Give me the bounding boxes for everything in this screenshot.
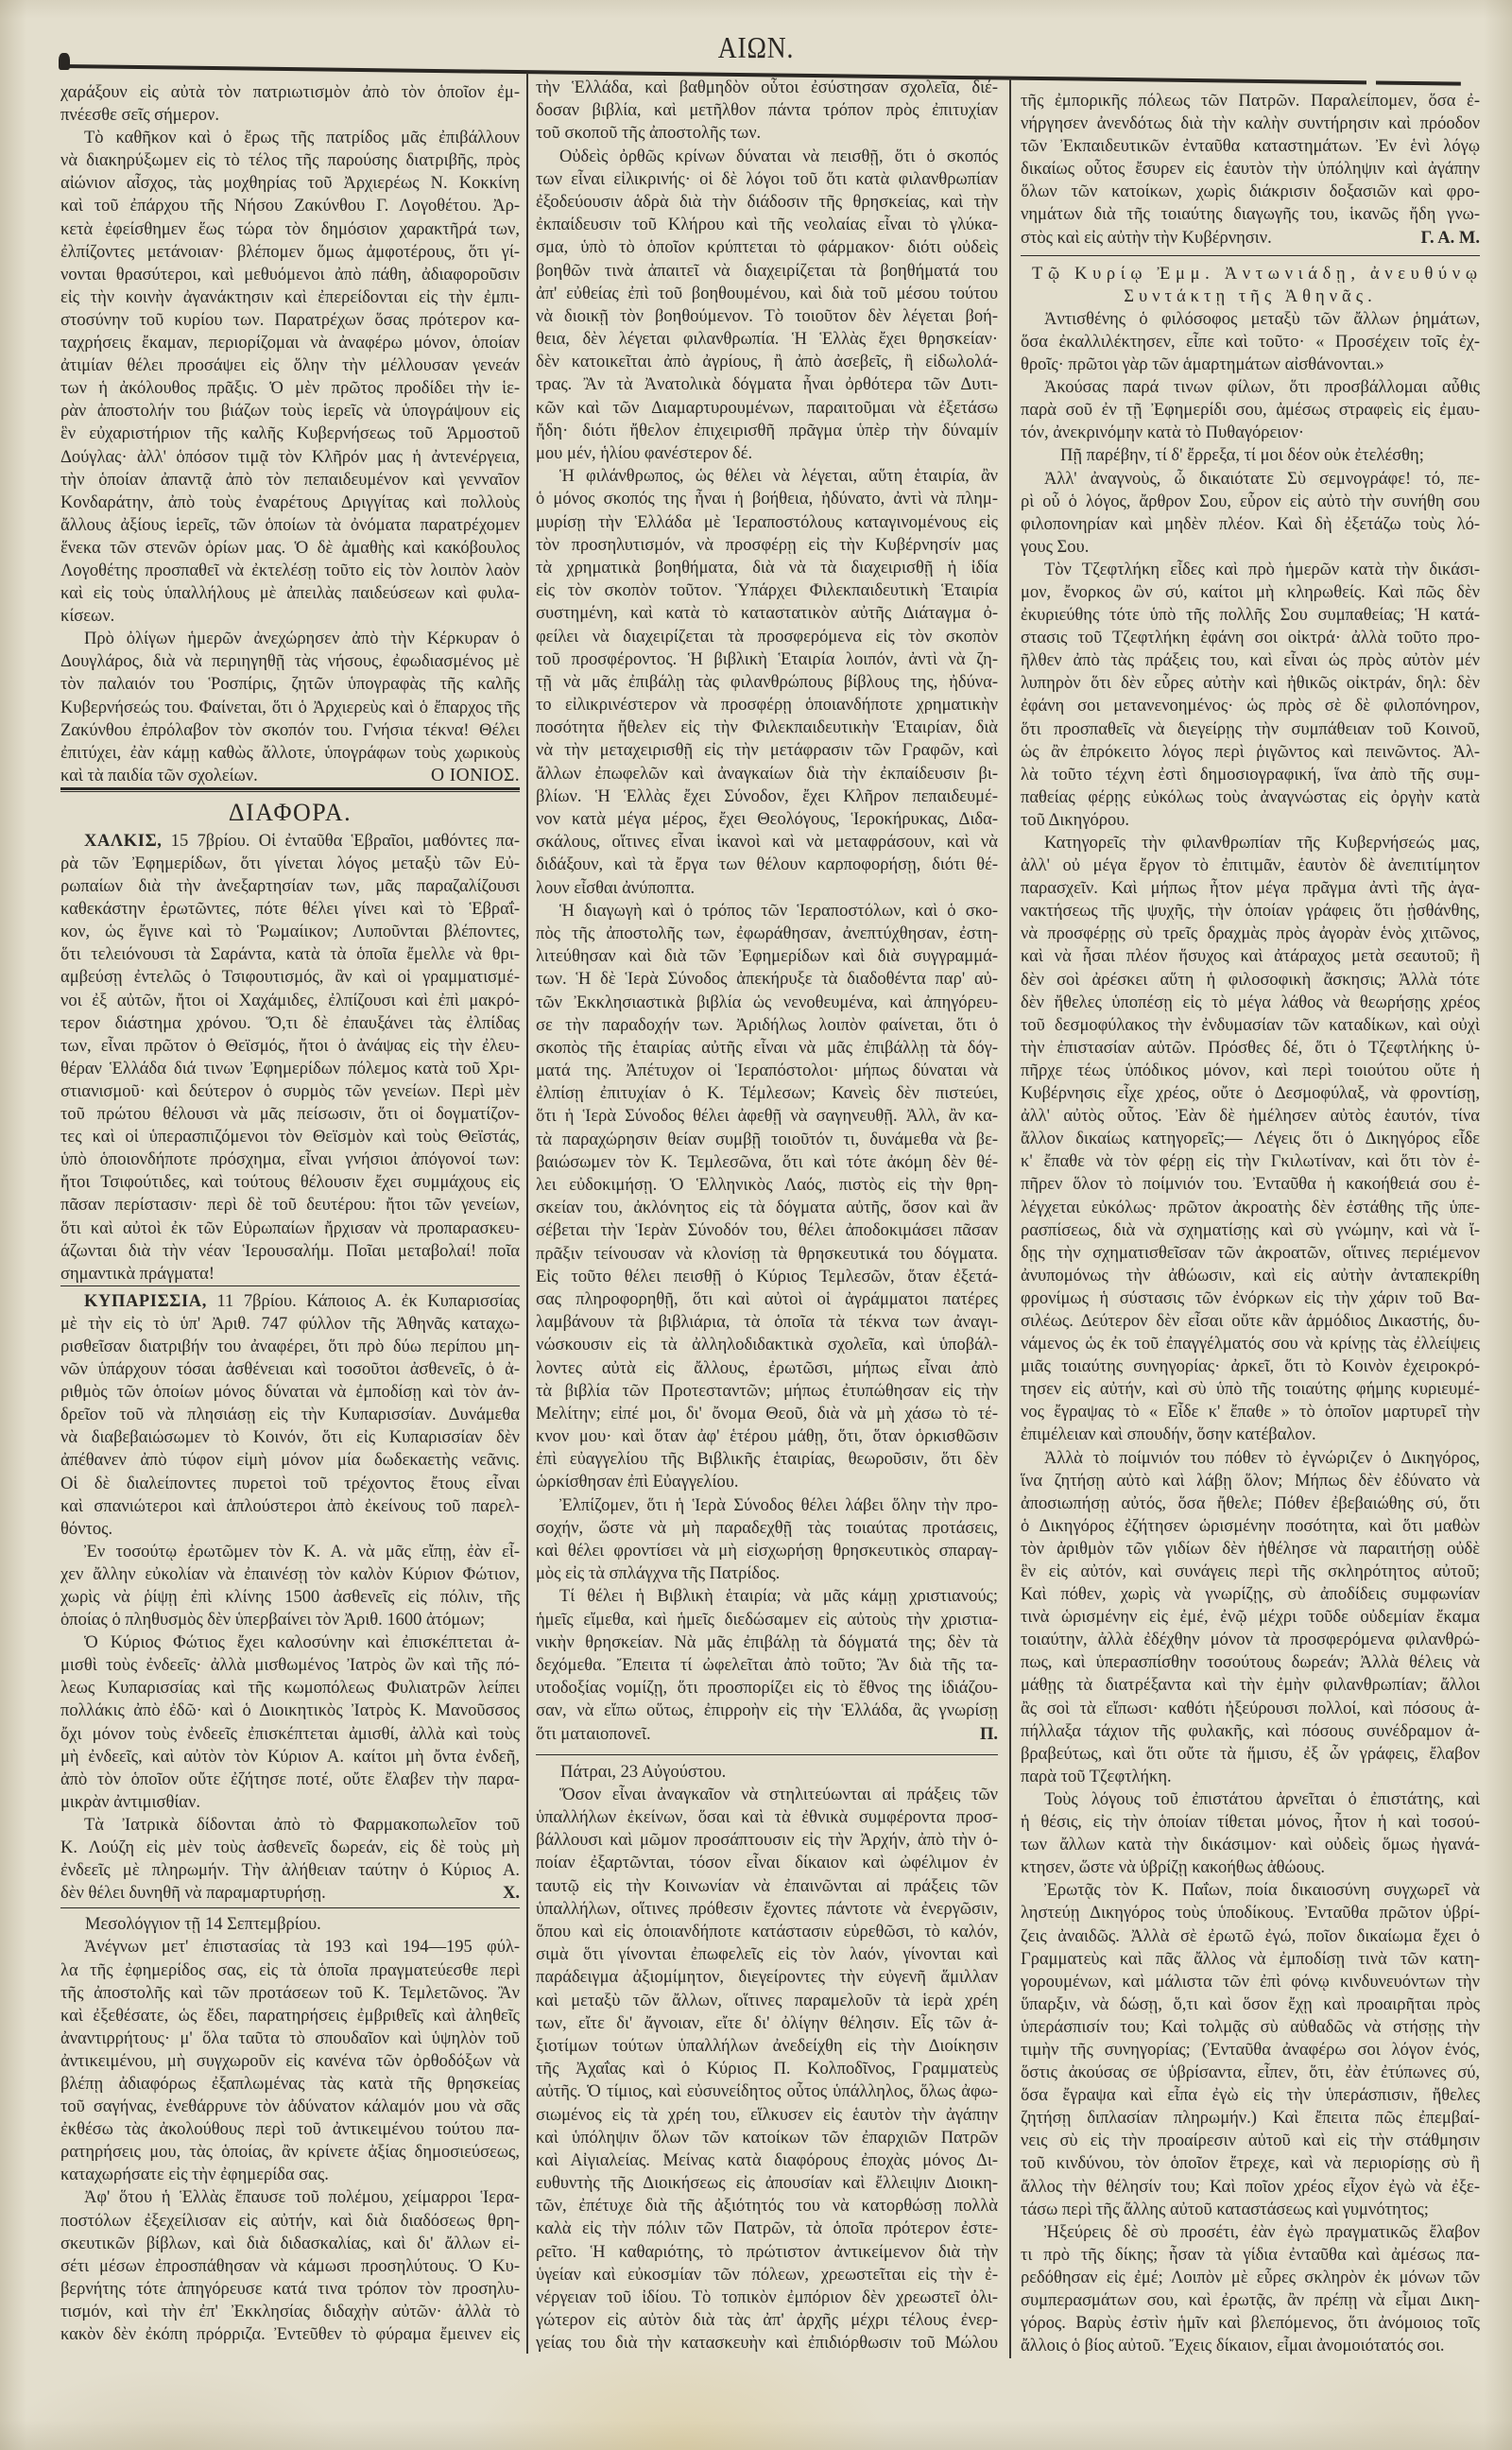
line-text: ὄχι μόνον τοὺς ἐνδεεῖς ἐπισκέπτεται ἀμισ… <box>60 1723 520 1746</box>
text-line: συστημένη, καὶ κατὰ τὸ καταστατικὸν αὐτῆ… <box>536 602 998 625</box>
text-line: Ἐλπίζομεν, ὅτι ἡ Ἱερὰ Σύνοδος θέλει λάβε… <box>536 1494 998 1517</box>
line-text: στιανισμοῦ· καὶ δεύτερον ὁ συρμὸς τῶν γε… <box>60 1080 520 1103</box>
line-text: τὴν Ἑλλάδα, καὶ βαθμηδὸν οὗτοι ἐσύστησαν… <box>536 77 998 99</box>
double-divider <box>60 787 520 794</box>
text-line: Εἰς τοῦτο θέλει πεισθῇ ὁ Κύριος Τεμλεσῶν… <box>536 1266 998 1288</box>
text-line: τοῦ Δικηγόρου. <box>1021 809 1480 832</box>
line-text: Εἰς τοῦτο θέλει πεισθῇ ὁ Κύριος Τεμλεσῶν… <box>536 1266 998 1288</box>
line-text: κακὸν δὲν ἐκόπη πρόρριζα. Ἐντεῦθεν τὸ φύ… <box>60 2323 520 2346</box>
line-text: σκοπὸς τῆς ἑταιρίας αὐτῆς εἶναι νὰ μᾶς ἐ… <box>536 1037 998 1060</box>
line-text: εἰς τὸν σκοπὸν τοῦτον. Ὑπάρχει Φιλεκπαιδ… <box>536 579 998 602</box>
text-line: ἵνα ζητήσῃ αὐτὸ καὶ λάβῃ ὅλον; Μήπως δὲν… <box>1021 1470 1480 1492</box>
text-line: βλέπῃ ἀδιαφόρως ἐξαπλωμένας τὰς κατὰ τῆς… <box>60 2073 520 2096</box>
text-line: ἄλλον δικαίως κατηγορεῖς;— Λέγεις ὅτι ὁ … <box>1021 1128 1480 1150</box>
text-line: ἤτοι Τσιφούτιδες, καὶ τούτους θέλουσιν ἔ… <box>60 1171 520 1194</box>
article-paragraph: Ἐλπίζομεν, ὅτι ἡ Ἱερὰ Σύνοδος θέλει λάβε… <box>536 1494 998 1586</box>
line-text: ἂς σοὶ τὰ εἴπωσι· καθότι ἠξεύρουσι πολλο… <box>1021 1698 1480 1720</box>
text-line: μυρίσῃ τὴν Ἑλλάδα μὲ Ἱεραποστόλους καταγ… <box>536 511 998 534</box>
text-line: ἐλπίσῃ ἐπιτυχίαν ὁ Κ. Τέμλεσων; Κανεὶς δ… <box>536 1082 998 1105</box>
line-text: τοιαύτην, ἀλλὰ ἐδέχθην μόνον τὰ προσφερό… <box>1021 1629 1480 1651</box>
line-text: τινὰ ὡρισμένην εἰς ἐμέ, ἐνῷ μέχρι τοῦδε … <box>1021 1606 1480 1629</box>
author-signature: Χ. <box>503 1882 520 1905</box>
text-line: κον, ὡς ἔγινε καὶ τὸ Ῥωμαίικον; Λυποῦντα… <box>60 921 520 943</box>
article-paragraph: Τὰ Ἰατρικὰ δίδονται ἀπὸ τὸ Φαρμακοπωλεῖο… <box>60 1814 520 1905</box>
line-text: το εἰλικρινέστερον νὰ προσφέρῃ ὁποιανδήπ… <box>536 694 998 716</box>
line-text: ταχρήσεις ἔκαμαν, περιορίζομαι νὰ ἀναφέρ… <box>60 332 520 354</box>
line-text: λαμβάνουν τὰ βιβλιάρια, τὰ ὁποῖα τὰ τέκν… <box>536 1311 998 1334</box>
text-line: θεια, δὲν λέγεται φιλανθρωπία. Ἡ Ἑλλὰς ἔ… <box>536 328 998 351</box>
text-line: ποστόλων ἐξεχείλισαν εἰς αὐτήν, καὶ διὰ … <box>60 2210 520 2233</box>
line-text: ποίαν ἐξαρτῶνται, τόσον εἶναι δίκαιον κα… <box>536 1852 998 1874</box>
line-text: υτοδοξίας νομίζῃ, ὅτι προσπορίζει εἰς τὸ… <box>536 1677 998 1699</box>
article-paragraph: τῆς ἐμπορικῆς πόλεως τῶν Πατρῶν. Παραλεί… <box>1021 90 1480 250</box>
text-line: γείας του διὰ τὴν κατασκευὴν καὶ ἐπιδιόρ… <box>536 2332 998 2355</box>
text-line: ἀναντιρρήτους· μ' ὅλα ταῦτα τὸ σπουδαῖον… <box>60 2027 520 2050</box>
line-text: νήργησεν ἀνενδότως διὰ τὴν καλὴν συντήρη… <box>1021 112 1480 135</box>
line-text: λει εὐδοκιμήσῃ. Ὁ Ἑλληνικὸς Λαός, πιστὸς… <box>536 1174 998 1197</box>
text-line: δικαίως οὗτος ἔσυρεν εἰς ἑαυτὸν τὴν ὑπόλ… <box>1021 158 1480 181</box>
line-text: Τὰ Ἰατρικὰ δίδονται ἀπὸ τὸ Φαρμακοπωλεῖο… <box>84 1814 520 1837</box>
line-text: τὸν παλαιόν του Ῥοσπίρις, ζητῶν ὑπογραφὰ… <box>60 673 520 696</box>
text-line: νὰ προσφέρῃς σὺ τρεῖς δραχμὰς πρὸς ἀγορὰ… <box>1021 923 1480 945</box>
dateline-text: Μεσολόγγιον τῇ 14 Σεπτεμβρίου. <box>85 1913 321 1936</box>
text-line: σκευτικῶν βίβλων, καὶ διὰ διδασκαλίας, κ… <box>60 2233 520 2255</box>
text-line: των εἶναι εἰλικρινής· οἱ δὲ λόγοι τοῦ ὅτ… <box>536 168 998 191</box>
text-line: νήργησεν ἀνενδότως διὰ τὴν καλὴν συντήρη… <box>1021 112 1480 135</box>
line-text: ἀνυπομόνως τὴν ἀθώωσιν, καὶ εἰς αὐτὴν ἀν… <box>1021 1265 1480 1287</box>
line-text: πῆρεν ὅλον τὸ ποίμνιόν του. Ἐνταῦθα ἡ κα… <box>1021 1173 1480 1196</box>
text-line: Κατηγορεῖς τὴν φιλανθρωπίαν τῆς Κυβερνήσ… <box>1021 832 1480 854</box>
text-line: δεχόμεθα. Ἔπειτα τί ὠφελεῖται ἀπὸ τοῦτο;… <box>536 1654 998 1677</box>
line-text: μισθὶ τοὺς ἐνδεεῖς· ἀλλὰ μισθωμένος Ἰατρ… <box>60 1654 520 1677</box>
line-text: Γραμματεὺς καὶ πᾶς ἄλλος νὰ ἐμποδίσῃ τιν… <box>1021 1948 1480 1971</box>
line-text: Κυβερνήσεώς του. Φαίνεται, ὅτι ὁ Ἀρχιερε… <box>60 697 520 719</box>
text-line: καὶ νὰ ἦσαι πλέον ἥσυχος καὶ ἀτάραχος με… <box>1021 945 1480 968</box>
line-text: ὑπαλλήλων ἐκείνων, ὅσαι καὶ τὰ ἐθνικὰ συ… <box>536 1806 998 1829</box>
text-line: τόν, ἀνεκρινόμην κατὰ τὸ Πυθαγόρειον· <box>1021 422 1480 444</box>
line-text: σαν, νὰ εἴπω οὕτως, ἐπιρροὴν εἰς τὴν Ἑλλ… <box>536 1699 998 1722</box>
line-text: ὅτι προσπαθεῖς νὰ διεγείρῃς τὴν συμπάθει… <box>1021 718 1480 741</box>
line-text: μου μέν, ἡλίου φανέστερον δέ. <box>536 442 752 465</box>
text-line: δὲν σοὶ ἀρέσκει αὕτη ἡ φιλοσοφικὴ ἄσκησι… <box>1021 969 1480 992</box>
line-text: καὶ τοῦ ἐπάρχου τῆς Νήσου Ζακύνθου Γ. Λο… <box>60 195 520 217</box>
line-text: αὐτῆς. Ὁ τίμιος, καὶ εὐσυνείδητος οὗτος … <box>536 2080 998 2103</box>
text-line: στασις τοῦ Τζεφτλήκη ἐφάνη σοι οἰκτρά· ἀ… <box>1021 627 1480 649</box>
line-text: ὑπαλλήλων, οἵτινες πρόθεσιν ἔχοντες πάντ… <box>536 1898 998 1921</box>
line-text: παρὰ τοῦ Τζεφτλήκη. <box>1021 1766 1172 1788</box>
line-text: φείλει νὰ διαχειρίζεται τὰ προσφερόμενα … <box>536 626 998 648</box>
text-line: των, εἶναι πρῶτον ὁ Θεϊσμός, ἤτοι ὁ ἀνάψ… <box>60 1035 520 1058</box>
text-line: λουν εἶσθαι ἀνύποπτα. <box>536 877 998 900</box>
text-line: ρασπίσεως, διὰ νὰ σχηματίσῃς καὶ σὺ γνώμ… <box>1021 1219 1480 1242</box>
line-body: 11 7βρίου. Κάποιος Α. ἐκ Κυπαρισσίας <box>207 1292 520 1311</box>
text-line: Ἀλλ' ἀναγνοὺς, ὦ δικαιότατε Σὺ σεμνογράφ… <box>1021 468 1480 491</box>
section-heading: ΔΙΑΦΟΡΑ. <box>60 794 520 830</box>
text-line: ταχρήσεις ἔκαμαν, περιορίζομαι νὰ ἀναφέρ… <box>60 332 520 354</box>
article-paragraph: Ἀνέγνων μετ' ἐπιστασίας τὰ 193 καὶ 194—1… <box>60 1936 520 2186</box>
line-text: συστημένη, καὶ κατὰ τὸ καταστατικὸν αὐτῆ… <box>536 602 998 625</box>
line-text: νέργειαν τοῦ ἰδίου. Τὸ τοπικὸν ἐμπόριον … <box>536 2286 998 2309</box>
line-text: Ἀντισθένης ὁ φιλόσοφος μεταξὺ τῶν ἄλλων … <box>1044 308 1480 331</box>
line-text: Πῇ παρέβην, τί δ' ἔρρεξα, τί μοι δέον οὐ… <box>1060 444 1424 467</box>
line-text: Κ. Λούζη εἰς μὲν τοὺς ἀσθενεῖς δωρεάν, ε… <box>60 1837 520 1859</box>
text-line: ἀπέθανεν ἀπὸ τύφον εἰμὴ μόνον μία δωδεκα… <box>60 1449 520 1472</box>
line-text: σιμὰ ὅτι γίνονται ἐπωφελεῖς εἰς τὸν λαόν… <box>536 1943 998 1966</box>
line-text: Καὶ πόθεν, χωρὶς νὰ γνωρίζῃς, σὺ ἀποδίδε… <box>1021 1583 1480 1606</box>
line-text: ΧΑΛΚΙΣ, 15 7βρίου. Οἱ ἐνταῦθα Ἑβραῖοι, μ… <box>84 830 520 853</box>
article-paragraph: Ὁ Κύριος Φώτιος ἔχει καλοσύνην καὶ ἐπισκ… <box>60 1631 520 1814</box>
text-line: παθείας φέρῃς εὐκόλως τοὺς ἀναγνώστας εἰ… <box>1021 786 1480 809</box>
author-signature: Π. <box>980 1723 998 1746</box>
line-text: ὕπαρξιν, νὰ δώσῃ, ὅ,τι καὶ ὅσον ἔχῃ καὶ … <box>1021 1993 1480 2016</box>
text-line: ξιοτίμων τούτων ὑπαλλήλων ἀνεδείχθη εἰς … <box>536 2035 998 2058</box>
line-text: πρᾶξιν τείνουσαν νὰ κλονίσῃ τὰ θρησκευτι… <box>536 1243 998 1266</box>
text-line: βάλλουσι καὶ μῶμον προσάπτουσιν εἰς τὴν … <box>536 1829 998 1852</box>
line-text: τερον διάστημα χρόνου. Ὅ,τι δὲ ἐπαυξάνει… <box>60 1012 520 1035</box>
line-text: Ἐλπίζομεν, ὅτι ἡ Ἱερὰ Σύνοδος θέλει λάβε… <box>559 1494 998 1517</box>
line-text: μὴ ἐνδεεῖς, καὶ αὐτὸν τὸν Κύριον Α. καίτ… <box>60 1746 520 1768</box>
line-text: ἐνδεεῖς μὲ πληρωμήν. Τὴν ἀλήθειαν ταύτην… <box>60 1859 520 1882</box>
line-text: ἀτιμίαν θέλει προσάψει εἰς ὅλην τὴν μέλλ… <box>60 354 520 377</box>
line-text: καὶ τὰ παιδία τῶν σχολείων. <box>60 765 258 787</box>
text-line: ῆλθεν ἀπὸ τὰς πράξεις του, καὶ εἶναι ὡς … <box>1021 649 1480 672</box>
text-line: ὅστις ἀκούσας σε ὑβρίσαντα, εἶπεν, ὅτι, … <box>1021 2062 1480 2084</box>
text-line: ὑπὸ ὁποιονδήποτε πρόσχημα, εἶναι γνήσιοι… <box>60 1148 520 1171</box>
text-line: ἡμεῖς εἴμεθα, καὶ ἡμεῖς διεδώσαμεν εἰς α… <box>536 1609 998 1631</box>
article-paragraph: Ἀλλ' ἀναγνοὺς, ὦ δικαιότατε Σὺ σεμνογράφ… <box>1021 468 1480 559</box>
line-text: Ἀφ' ὅτου ἡ Ἑλλὰς ἔπαυσε τοῦ πολέμου, χεί… <box>84 2186 520 2209</box>
line-text: ἀντικειμένου, μὴ συγχωροῦν εἰς κανένα τῶ… <box>60 2050 520 2073</box>
line-text: δικαίως οὗτος ἔσυρεν εἰς ἑαυτὸν τὴν ὑπόλ… <box>1021 158 1480 181</box>
text-line: τῆς ἀποστολῆς καὶ τῶν προτάσεων τοῦ Κ. Τ… <box>60 1982 520 2005</box>
text-line: καὶ ὑπόληψιν ὅλων τῶν κατοίκων τῶν ἐπαρχ… <box>536 2127 998 2149</box>
line-text: Ἡ φιλάνθρωπος, ὡς θέλει νὰ λέγεται, αὕτη… <box>559 465 998 488</box>
line-text: Δουγλάρος, διὰ νὰ περιηγηθῇ τὰς νήσους, … <box>60 650 520 673</box>
text-line: εἰς τὴν κοινὴν ἀγανάκτησιν καὶ ἐπερείδον… <box>60 286 520 309</box>
line-text: ἕνεκα τῶν στενῶν ὁρίων μας. Ὁ δὲ ἀμαθὴς … <box>60 537 520 560</box>
article-paragraph: Πρὸ ὀλίγων ἡμερῶν ἀνεχώρησεν ἀπὸ τὴν Κέρ… <box>60 628 520 787</box>
text-line: σιλέως. Δεύτερον δὲν εἶσαι οὔτε κἂν ἁρμό… <box>1021 1310 1480 1333</box>
line-text: ὁ Δικηγόρος ἐζήτησεν ὡρισμένην ποσότητα,… <box>1021 1515 1480 1538</box>
line-text: ἓν εἰς αὐτόν, καὶ συνάγεις περὶ τῆς σκλη… <box>1021 1561 1480 1583</box>
line-text: βερνήτης τότε ἀπηγόρευσε κατά τινα τρόπο… <box>60 2278 520 2301</box>
text-line: ὑπαλλήλων ἐκείνων, ὅσαι καὶ τὰ ἐθνικὰ συ… <box>536 1806 998 1829</box>
line-text: ευθυντὴς τῆς Διοικήσεως εἰς ἀπουσίαν καὶ… <box>536 2172 998 2195</box>
text-line: λα τῆς ἐφημερίδος σας, εἰς τὰ ὁποῖα πραγ… <box>60 1959 520 1982</box>
dateline-lead: ΧΑΛΚΙΣ, <box>84 832 163 851</box>
line-text: μυρίσῃ τὴν Ἑλλάδα μὲ Ἱεραποστόλους καταγ… <box>536 511 998 534</box>
article-paragraph: Ἡ διαγωγὴ καὶ ὁ τρόπος τῶν Ἱεραποστόλων,… <box>536 900 998 1494</box>
line-text: γείας του διὰ τὴν κατασκευὴν καὶ ἐπιδιόρ… <box>536 2332 998 2355</box>
text-line: ληστεύῃ Δικηγόρος τοὺς ὑποδίκους. Ἐνταῦθ… <box>1021 1902 1480 1924</box>
line-text: καταχωρήσατε εἰς τὴν ἐφημερίδα σας. <box>60 2164 329 2186</box>
line-text: τοῦ σαγήνας, ἐνεθάρρυνε τὸν ἀδύνατον κάλ… <box>60 2096 520 2118</box>
line-text: σας πληροφορηθῇ, ὅτι καὶ αὐτοὶ οἱ ἀγράμμ… <box>536 1288 998 1311</box>
text-line: πολλάκις ἀπὸ ἐδῶ· καὶ ὁ Διοικητικὸς Ἰατρ… <box>60 1699 520 1722</box>
line-text: σιωμένος εἰς τὰ χρέη του, εἵλκυσεν εἰς ἑ… <box>536 2104 998 2127</box>
text-line: σκείαν του, ἀκλόνητος εἰς τὰ δόγματα αὐτ… <box>536 1197 998 1219</box>
text-line: τι πρὸ τῆς δίκης; ἦσαν τὰ γίδια ἐνταῦθα … <box>1021 2244 1480 2267</box>
text-line: γώτερον εἰς αὐτὸν διὰ τὰς ἀπ' ἀρχῆς μέχρ… <box>536 2309 998 2332</box>
line-text: πὸς τῆς ἀποστολῆς των, ἐφωράθησαν, ἀνεπτ… <box>536 923 998 945</box>
line-text: κ' ἔπαθε νὰ τὸν φέρῃ εἰς τὴν Γκιλωτίναν,… <box>1021 1150 1480 1173</box>
text-line: Οἱ δὲ διαλείποντες πυρετοὶ τοῦ τρέχοντος… <box>60 1473 520 1495</box>
text-line: σοχήν, ὥστε νὰ μὴ παραδεχθῇ τὰς τοιαύτας… <box>536 1517 998 1540</box>
text-line: νακτήσεως τῆς ψυχῆς, τὴν ὁποίαν γράφεις … <box>1021 900 1480 923</box>
line-text: μάθῃς τὰ διατρέξαντα καὶ τὴν ἐμὴν φιλανθ… <box>1021 1674 1480 1697</box>
text-line: κετὰ ἐφείσθημεν ἕως τώρα τὸν δημόσιον χα… <box>60 218 520 241</box>
line-text: βάλλουσι καὶ μῶμον προσάπτουσιν εἰς τὴν … <box>536 1829 998 1852</box>
text-line: Καὶ πόθεν, χωρὶς νὰ γνωρίζῃς, σὺ ἀποδίδε… <box>1021 1583 1480 1606</box>
line-text: παθείας φέρῃς εὐκόλως τοὺς ἀναγνώστας εἰ… <box>1021 786 1480 809</box>
text-line: χωρὶς νὰ ῥίψῃ ἐπὶ κλίνης 1500 ἀσθενεῖς ε… <box>60 1586 520 1609</box>
text-line: Οὐδεὶς ὀρθῶς κρίνων δύναται νὰ πεισθῇ, ὅ… <box>536 146 998 168</box>
dateline-text: Πάτραι, 23 Αὐγούστου. <box>560 1761 726 1784</box>
line-text: νακτήσεως τῆς ψυχῆς, τὴν ὁποίαν γράφεις … <box>1021 900 1480 923</box>
line-text: κετὰ ἐφείσθημεν ἕως τώρα τὸν δημόσιον χα… <box>60 218 520 241</box>
line-text: καὶ εἰς τοὺς ὑπαλλήλους μὲ ἀπειλὰς παιδε… <box>60 582 520 605</box>
line-text: χωρὶς νὰ ῥίψῃ ἐπὶ κλίνης 1500 ἀσθενεῖς ε… <box>60 1586 520 1609</box>
line-text: ὑγείαν καὶ εὐκοσμίαν τῶν πόλεων, χρεωστε… <box>536 2264 998 2286</box>
dateline: Μεσολόγγιον τῇ 14 Σεπτεμβρίου. <box>60 1913 520 1936</box>
text-line: κῶν καὶ τῶν Διαμαρτυρουμένων, παραιτοῦμα… <box>536 397 998 420</box>
line-text: Λογοθέτης προσπαθεῖ νὰ ἐκτελέσῃ τοῦτο εἰ… <box>60 560 520 582</box>
article-paragraph: τὴν Ἑλλάδα, καὶ βαθμηδὸν οὗτοι ἐσύστησαν… <box>536 77 998 146</box>
article-paragraph: Ἐν τοσούτῳ ἐρωτῶμεν τὸν Κ. Α. νὰ μᾶς εἴπ… <box>60 1541 520 1631</box>
line-text: Μελίτην; εἰπέ μοι, δι' ὄνομα Θεοῦ, διὰ ν… <box>536 1403 998 1425</box>
line-text: ξιοτίμων τούτων ὑπαλλήλων ἀνεδείχθη εἰς … <box>536 2035 998 2058</box>
text-line: σιμὰ ὅτι γίνονται ἐπωφελεῖς εἰς τὸν λαόν… <box>536 1943 998 1966</box>
text-line: των, εἴτε δι' ἄγνοιαν, εἴτε δι' ὀλίγην θ… <box>536 2012 998 2035</box>
line-text: νον κατὰ μέγα μέρος, ἔχει Θεολόγους, Ἱερ… <box>536 808 998 831</box>
text-line: ὁ Δικηγόρος ἐζήτησεν ὡρισμένην ποσότητα,… <box>1021 1515 1480 1538</box>
line-text: βλέπῃ ἀδιαφόρως ἐξαπλωμένας τὰς κατὰ τῆς… <box>60 2073 520 2096</box>
line-text: ποσότητα ἤθελεν εἰς τὴν Φιλεκπαιδευτικὴν… <box>536 716 998 739</box>
text-line: μικρὰν ἀντιμισθίαν. <box>60 1791 520 1814</box>
text-line: καὶ τὰ παιδία τῶν σχολείων.Ο ΙΟΝΙΟΣ. <box>60 765 520 787</box>
text-line: καὶ εἰς τοὺς ὑπαλλήλους μὲ ἀπειλὰς παιδε… <box>60 582 520 605</box>
line-text: ἄλλων ἐπωφελῶν καὶ ἀναγκαίων διὰ τὴν ἐκπ… <box>536 763 998 785</box>
text-line: ἀλλ' οὐ μέγα ἔργον τὸ ἐπιτιμᾶν, ἑαυτὸν δ… <box>1021 854 1480 877</box>
line-text: λοντες αὐτὰ εἰς ἄλλους, ἐρωτῶσι, μήπως ε… <box>536 1357 998 1380</box>
text-line: Συντάκτῃ τῆς Ἀθηνᾶς. <box>1021 285 1480 308</box>
line-text: ζεις ἀναιδῶς. Ἀλλὰ σὲ ἐρωτῶ ἐγώ, ποῖον δ… <box>1021 1925 1480 1948</box>
line-text: ΚΥΠΑΡΙΣΣΙΑ, 11 7βρίου. Κάποιος Α. ἐκ Κυπ… <box>84 1290 520 1313</box>
text-line: ρεδόθησαν εἰς ἐμέ; Λοιπὸν μὲ εὗρες σκληρ… <box>1021 2267 1480 2289</box>
line-text: ταυτῷ εἰς τὴν Κοινωνίαν νὰ ἐπαινῶνται αἱ… <box>536 1875 998 1898</box>
text-line: ἐκυριεύθης τότε ὑπὸ τῆς πολλῆς Σου συμπα… <box>1021 604 1480 627</box>
line-text: καὶ θέλει φροντίσει νὰ μὴ εἰσχωρήσῃ θρησ… <box>536 1540 998 1562</box>
line-text: ὅτι ματαιοπονεῖ. <box>536 1723 651 1746</box>
text-line: ποίαν ἐξαρτῶνται, τόσον εἶναι δίκαιον κα… <box>536 1852 998 1874</box>
text-line: φρονίμως ἡ σύστασις τῶν ἐνόρκων εἰς τὴν … <box>1021 1287 1480 1310</box>
line-text: παρὰ σοῦ ἐν τῇ Ἐφημερίδι σου, ἀμέσως στρ… <box>1021 399 1480 422</box>
text-line: ματά της. Ἀπέτυχον οἱ Ἱεραπόστολοι· μήπω… <box>536 1060 998 1082</box>
text-line: νονται θρασύτεροι, καὶ μεθυόμενοι ἀπὸ πά… <box>60 264 520 286</box>
line-text: ἀλλ' οὐ μέγα ἔργον τὸ ἐπιτιμᾶν, ἑαυτὸν δ… <box>1021 854 1480 877</box>
line-text: ζητήσῃ διπλασίαν πληρωμήν.) Καὶ ἔπειτα π… <box>1021 2107 1480 2130</box>
text-line: ἐφάνη σοι μετανενοημένος· ὡς πρὸς σὲ δὲ … <box>1021 695 1480 717</box>
line-text: τὰ παραχώρησιν θείαν συμβῇ τοιοῦτόν τι, … <box>536 1129 998 1151</box>
line-text: Πρὸ ὀλίγων ἡμερῶν ἀνεχώρησεν ἀπὸ τὴν Κέρ… <box>84 628 520 650</box>
line-text: τοῦ κινδύνου, τὸν ὁποῖον ἔτρεχε, καὶ νὰ … <box>1021 2152 1480 2175</box>
text-line: λυπηρὸν ὅτι δὲν εὗρες αὐτὴν καὶ ἠθικῶς ο… <box>1021 672 1480 695</box>
text-line: διδάξουν, καὶ τὰ ἔργα των θέλουν καρποφο… <box>536 854 998 876</box>
text-line: ἤδη· διότι ἤθελον ἐπιχειρισθῆ πρᾶγμα ὑπὲ… <box>536 420 998 442</box>
line-text: ἀλλ' αὐτὸς οὗτος. Ἐὰν δὲ ἠμέλησεν αὐτὸς … <box>1021 1105 1480 1128</box>
line-text: ρεῖτο. Ἡ καθαριότης, τὸ πρώτιστον ἀντικε… <box>536 2241 998 2264</box>
text-line: παρὰ τοῦ Τζεφτλήκη. <box>1021 1766 1480 1788</box>
text-line: δὲν θέλει δυνηθῆ νὰ παραμαρτυρήσῃ.Χ. <box>60 1882 520 1905</box>
dateline: Πάτραι, 23 Αὐγούστου. <box>536 1761 998 1784</box>
text-line: Τὰ Ἰατρικὰ δίδονται ἀπὸ τὸ Φαρμακοπωλεῖο… <box>60 1814 520 1837</box>
line-text: μὸς εἰς τὰ σπλάγχνα τῆς Πατρίδος. <box>536 1562 780 1585</box>
line-text: Τί θέλει ἡ Βιβλικὴ ἑταιρία; νὰ μᾶς κάμῃ … <box>559 1585 998 1608</box>
line-text: καθεκάστην ἐρωτῶντες, πότε θέλει γίνει κ… <box>60 898 520 921</box>
line-text: ἄλλος τὴν θέλησίν του; Καὶ ποῖον χρέος ε… <box>1021 2176 1480 2199</box>
line-text: ματά της. Ἀπέτυχον οἱ Ἱεραπόστολοι· μήπω… <box>536 1060 998 1082</box>
text-line: τοιαύτην, ἀλλὰ ἐδέχθην μόνον τὰ προσφερό… <box>1021 1629 1480 1651</box>
text-line: πως, καὶ ὑπερασπίσθην τοσούτους δωρεάν; … <box>1021 1651 1480 1674</box>
text-line: Ἀκούσας παρά τινων φίλων, ὅτι προσβάλλομ… <box>1021 376 1480 399</box>
line-text: κτησεν, ὥστε νὰ ὑβρίζῃ κακοήθως ἀθώους. <box>1021 1856 1325 1879</box>
text-line: μιᾶς τοιαύτης συνηγορίας· ἀρκεῖ, ὅτι τὸ … <box>1021 1355 1480 1378</box>
text-line: ὅπου καὶ εἰς ὁποιανδήποτε κατάστασιν εὑρ… <box>536 1921 998 1943</box>
text-line: Ἐν τοσούτῳ ἐρωτῶμεν τὸν Κ. Α. νὰ μᾶς εἴπ… <box>60 1541 520 1563</box>
text-line: σημαντικὰ πράγματα! <box>60 1263 520 1285</box>
text-line: ἀπ' εὐθείας ἐπὶ τοῦ βοηθουμένου, καὶ διὰ… <box>536 283 998 305</box>
text-line: τησεν εἰς αὐτήν, καὶ σὺ ὑπὸ τῆς τοιαύτης… <box>1021 1378 1480 1401</box>
text-line: βλίων. Ἡ Ἑλλὰς ἔχει Σύνοδον, ἔχει Κλῆρον… <box>536 785 998 808</box>
text-line: θέραν Ἑλλάδα διά τινων Ἐφημερίδων πόλεμο… <box>60 1058 520 1080</box>
text-line: ἐλπίζοντες μετάνοιαν· βλέπομεν ὅμως ἀμφο… <box>60 241 520 264</box>
line-text: καλὰ εἰς τὴν πόλιν τῶν Πατρῶν, τὰ ὁποῖα … <box>536 2217 998 2240</box>
text-line: ὅσα ἐκαλλιλέκτησεν, εἶπε καὶ τοῦτο· « Πρ… <box>1021 331 1480 354</box>
text-line: ευθυντὴς τῆς Διοικήσεως εἰς ἀπουσίαν καὶ… <box>536 2172 998 2195</box>
text-line: δρεῖον τοῦ νὰ πλησιάσῃ εἰς τὴν Κυπαρισσί… <box>60 1404 520 1426</box>
line-text: λεως Κυπαρισσίας καὶ τῆς κωμοπόλεως Φυλι… <box>60 1677 520 1699</box>
line-text: τοῦ σκοποῦ τῆς ἀποστολῆς των. <box>536 122 761 145</box>
line-text: βλίων. Ἡ Ἑλλὰς ἔχει Σύνοδον, ἔχει Κλῆρον… <box>536 785 998 808</box>
text-line: πνέεσθε σεῖς σήμερον. <box>60 104 520 127</box>
line-text: δρεῖον τοῦ νὰ πλησιάσῃ εἰς τὴν Κυπαρισσί… <box>60 1404 520 1426</box>
line-text: στοσύνην τοῦ κυρίου των. Παρατρέχων ὅσας… <box>60 309 520 332</box>
text-line: νος ἔγραψας τὸ « Εἶδε κ' ἔπαθε » τὸ ὁποῖ… <box>1021 1401 1480 1423</box>
article-paragraph: Κατηγορεῖς τὴν φιλανθρωπίαν τῆς Κυβερνήσ… <box>1021 832 1480 1447</box>
text-line: καθεκάστην ἐρωτῶντες, πότε θέλει γίνει κ… <box>60 898 520 921</box>
text-line: Ἀλλὰ τὸ ποίμνιόν του πόθεν τὸ ἐγνώριζεν … <box>1021 1447 1480 1470</box>
line-text: τόν, ἀνεκρινόμην κατὰ τὸ Πυθαγόρειον· <box>1021 422 1304 444</box>
dateline-line: Μεσολόγγιον τῇ 14 Σεπτεμβρίου. <box>60 1913 520 1936</box>
text-line: καὶ ἐξεθέσατε, ὡς ἔδει, παρατηρήσεις ἐμβ… <box>60 2005 520 2027</box>
text-line: υτοδοξίας νομίζῃ, ὅτι προσπορίζει εἰς τὸ… <box>536 1677 998 1699</box>
line-text: χαράξουν εἰς αὐτὰ τὸν πατριωτισμὸν ἀπὸ τ… <box>60 81 520 104</box>
text-line: σιωμένος εἰς τὰ χρέη του, εἵλκυσεν εἰς ἑ… <box>536 2104 998 2127</box>
line-text: θέραν Ἑλλάδα διά τινων Ἐφημερίδων πόλεμο… <box>60 1058 520 1080</box>
line-text: ρατηρήσεις μου, τὰς ὁποίας, ἂν κρίνετε ἀ… <box>60 2141 520 2164</box>
line-text: ἀποσιωπήσῃ αὐτός, ὅσα ἤθελε; Πόθεν ἐβεβα… <box>1021 1492 1480 1515</box>
text-line: ρωπαίων διὰ τὴν ἀνεξαρτησίαν των, μᾶς πα… <box>60 875 520 898</box>
text-line: Δούγλας· ἀλλ' ὁπόσον τιμᾷ τὸν Κλῆρόν μας… <box>60 446 520 469</box>
text-line: τὸν ἀριθμὸν τῶν γιδίων δὲν ἠθέλησε νὰ πα… <box>1021 1538 1480 1561</box>
text-line: ἄλλος τὴν θέλησίν του; Καὶ ποῖον χρέος ε… <box>1021 2176 1480 2199</box>
line-text: τες καὶ οἱ ὑπερασπιζόμενοι τὸν Θεϊσμὸν κ… <box>60 1126 520 1148</box>
line-text: νὰ διαβεβαιώσωμεν τὸ Κοινόν, ὅτι εἰς Κυπ… <box>60 1426 520 1449</box>
text-line: νημάτων διὰ τῆς τοιαύτης διαγωγῆς του, ἱ… <box>1021 203 1480 226</box>
text-line: Δουγλάρος, διὰ νὰ περιηγηθῇ τὰς νήσους, … <box>60 650 520 673</box>
line-text: καὶ Αἰγιαλείας. Μείνας κατὰ διαφόρους ἐπ… <box>536 2149 998 2172</box>
line-text: καὶ ἐξεθέσατε, ὡς ἔδει, παρατηρήσεις ἐμβ… <box>60 2005 520 2027</box>
line-text: νημάτων διὰ τῆς τοιαύτης διαγωγῆς του, ἱ… <box>1021 203 1480 226</box>
text-line: ἐκθέσω τὰς ἀκολούθους περὶ τοῦ ἀντικειμέ… <box>60 2118 520 2141</box>
line-text: Τὸν Τζεφτλήκη εἶδες καὶ πρὸ ἡμερῶν κατὰ … <box>1044 559 1480 581</box>
text-line: καλὰ εἰς τὴν πόλιν τῶν Πατρῶν, τὰ ὁποῖα … <box>536 2217 998 2240</box>
line-text: κνον μου· καὶ ὅταν ἀφ' ἑτέρου μάθῃ, ὅτι,… <box>536 1425 998 1448</box>
text-line: φείλει νὰ διαχειρίζεται τὰ προσφερόμενα … <box>536 626 998 648</box>
text-line: θροῖς· πρῶτοι γὰρ τῶν ἁμαρτημάτων αἰσθάν… <box>1021 354 1480 376</box>
text-line: ρεῖτο. Ἡ καθαριότης, τὸ πρώτιστον ἀντικε… <box>536 2241 998 2264</box>
line-text: θεια, δὲν λέγεται φιλανθρωπία. Ἡ Ἑλλὰς ἔ… <box>536 328 998 351</box>
text-line: ὡς ἂν ἐπρόκειτο λόγος περὶ ῥιγῶντος καὶ … <box>1021 741 1480 764</box>
text-line: ἀτιμίαν θέλει προσάψει εἰς ὅλην τὴν μέλλ… <box>60 354 520 377</box>
text-line: Ἠξεύρεις δὲ σὺ προσέτι, ἐὰν ἐγὼ πραγματι… <box>1021 2221 1480 2244</box>
line-text: ἐξοδεύουσιν ἁδρὰ διὰ τὴν διάδοσιν τῆς θρ… <box>536 191 998 214</box>
line-text: Τοὺς λόγους τοῦ ἐπιστάτου ἀρνεῖται ὁ ἐπι… <box>1044 1788 1480 1811</box>
line-text: τὴν ἐπιστασίαν αὐτῶν. Πρόσθες δέ, ὅτι ὁ … <box>1021 1037 1480 1060</box>
masthead-rule-gap <box>1366 78 1376 87</box>
text-line: στιανισμοῦ· καὶ δεύτερον ὁ συρμὸς τῶν γε… <box>60 1080 520 1103</box>
line-text: λα τῆς ἐφημερίδος σας, εἰς τὰ ὁποῖα πραγ… <box>60 1959 520 1982</box>
text-line: ρὶ οὗ ὁ λόγος, ἄρθρον Σου, εὗρον εἰς αὐτ… <box>1021 491 1480 513</box>
line-text: ἡ θέσις, εἰς τὴν ὁποίαν τίθεται μόνος, ἦ… <box>1021 1811 1480 1834</box>
text-line: τισμόν, καὶ τὴν ἐπ' Ἐκκλησίας διδαχὴν αὐ… <box>60 2301 520 2323</box>
line-text: καὶ νὰ ἦσαι πλέον ἥσυχος καὶ ἀτάραχος με… <box>1021 945 1480 968</box>
line-text: πᾶσαν περίστασιν· περὶ δὲ τοῦ δευτέρου: … <box>60 1194 520 1216</box>
text-line: βερνήτης τότε ἀπηγόρευσε κατά τινα τρόπο… <box>60 2278 520 2301</box>
text-line: δῃς τὴν σχηματισθεῖσαν τῶν ἀκροατῶν, οἵτ… <box>1021 1242 1480 1265</box>
text-line: τιμὴν τῆς συνηγορίας; (Ἐνταῦθα ἀναφέρω σ… <box>1021 2039 1480 2062</box>
line-text: ληστεύῃ Δικηγόρος τοὺς ὑποδίκους. Ἐνταῦθ… <box>1021 1902 1480 1924</box>
text-line: πήλλαξα τάχιον τῆς φυλακῆς, καὶ πόσους σ… <box>1021 1720 1480 1743</box>
line-text: πως, καὶ ὑπερασπίσθην τοσούτους δωρεάν; … <box>1021 1651 1480 1674</box>
line-text: ἄλλον δικαίως κατηγορεῖς;— Λέγεις ὅτι ὁ … <box>1021 1128 1480 1150</box>
line-text: ἵνα ζητήσῃ αὐτὸ καὶ λάβῃ ὅλον; Μήπως δὲν… <box>1021 1470 1480 1492</box>
line-text: ὅτι καὶ αὐτοὶ ἐκ τῶν Εὐρωπαίων ἤρχισαν ν… <box>60 1217 520 1240</box>
article-paragraph: Ἠξεύρεις δὲ σὺ προσέτι, ἐὰν ἐγὼ πραγματι… <box>1021 2221 1480 2358</box>
line-text: ὡς ἂν ἐπρόκειτο λόγος περὶ ῥιγῶντος καὶ … <box>1021 741 1480 764</box>
line-text: ἐπιμέλειαν καὶ σπουδήν, ὅσην κατέβαλον. <box>1021 1423 1316 1446</box>
text-line: καὶ τοῦ ἐπάρχου τῆς Νήσου Ζακύνθου Γ. Λο… <box>60 195 520 217</box>
line-text: ἀπὸ τὸν ὁποῖον οὔτε ἐζήτησε ποτέ, οὔτε ἔ… <box>60 1768 520 1791</box>
line-text: τοῦ πρώτου θέλουσι νὰ μᾶς πείσωσιν, ὅτι … <box>60 1103 520 1126</box>
text-line: μισθὶ τοὺς ἐνδεεῖς· ἀλλὰ μισθωμένος Ἰατρ… <box>60 1654 520 1677</box>
text-line: ὁποίας ὁ πληθυσμὸς δὲν ὑπερβαίνει τὸν Ἀρ… <box>60 1609 520 1631</box>
text-line: ζητήσῃ διπλασίαν πληρωμήν.) Καὶ ἔπειτα π… <box>1021 2107 1480 2130</box>
line-text: στὸς καὶ εἰς αὐτὴν τὴν Κυβέρνησιν. <box>1021 227 1272 250</box>
line-body: 15 7βρίου. Οἱ ἐνταῦθα Ἑβραῖοι, μαθόντες … <box>163 832 521 851</box>
line-text: σιλέως. Δεύτερον δὲν εἶσαι οὔτε κἂν ἁρμό… <box>1021 1310 1480 1333</box>
text-line: ρισθεῖσαν διατριβήν του ἀναφέρει, ὅτι πρ… <box>60 1336 520 1358</box>
text-line: ἄλλων ἐπωφελῶν καὶ ἀναγκαίων διὰ τὴν ἐκπ… <box>536 763 998 785</box>
text-line: λει εὐδοκιμήσῃ. Ὁ Ἑλληνικὸς Λαός, πιστὸς… <box>536 1174 998 1197</box>
text-line: ἓν εἰς αὐτόν, καὶ συνάγεις περὶ τῆς σκλη… <box>1021 1561 1480 1583</box>
article-paragraph: Ἀλλὰ τὸ ποίμνιόν του πόθεν τὸ ἐγνώριζεν … <box>1021 1447 1480 1788</box>
line-text: νὰ διοικῇ τὸν βοηθούμενον. Τὸ τοιοῦτον δ… <box>536 305 998 328</box>
text-line: σκοπὸς τῆς ἑταιρίας αὐτῆς εἶναι νὰ μᾶς ἐ… <box>536 1037 998 1060</box>
text-line: ὅτι ματαιοπονεῖ.Π. <box>536 1723 998 1746</box>
line-text: στασις τοῦ Τζεφτλήκη ἐφάνη σοι οἰκτρά· ἀ… <box>1021 627 1480 649</box>
letter-address: Τῷ Κυρίῳ Ἐμμ. Ἀντωνιάδῃ, ἀνευθύνῳΣυντάκτ… <box>1021 263 1480 308</box>
